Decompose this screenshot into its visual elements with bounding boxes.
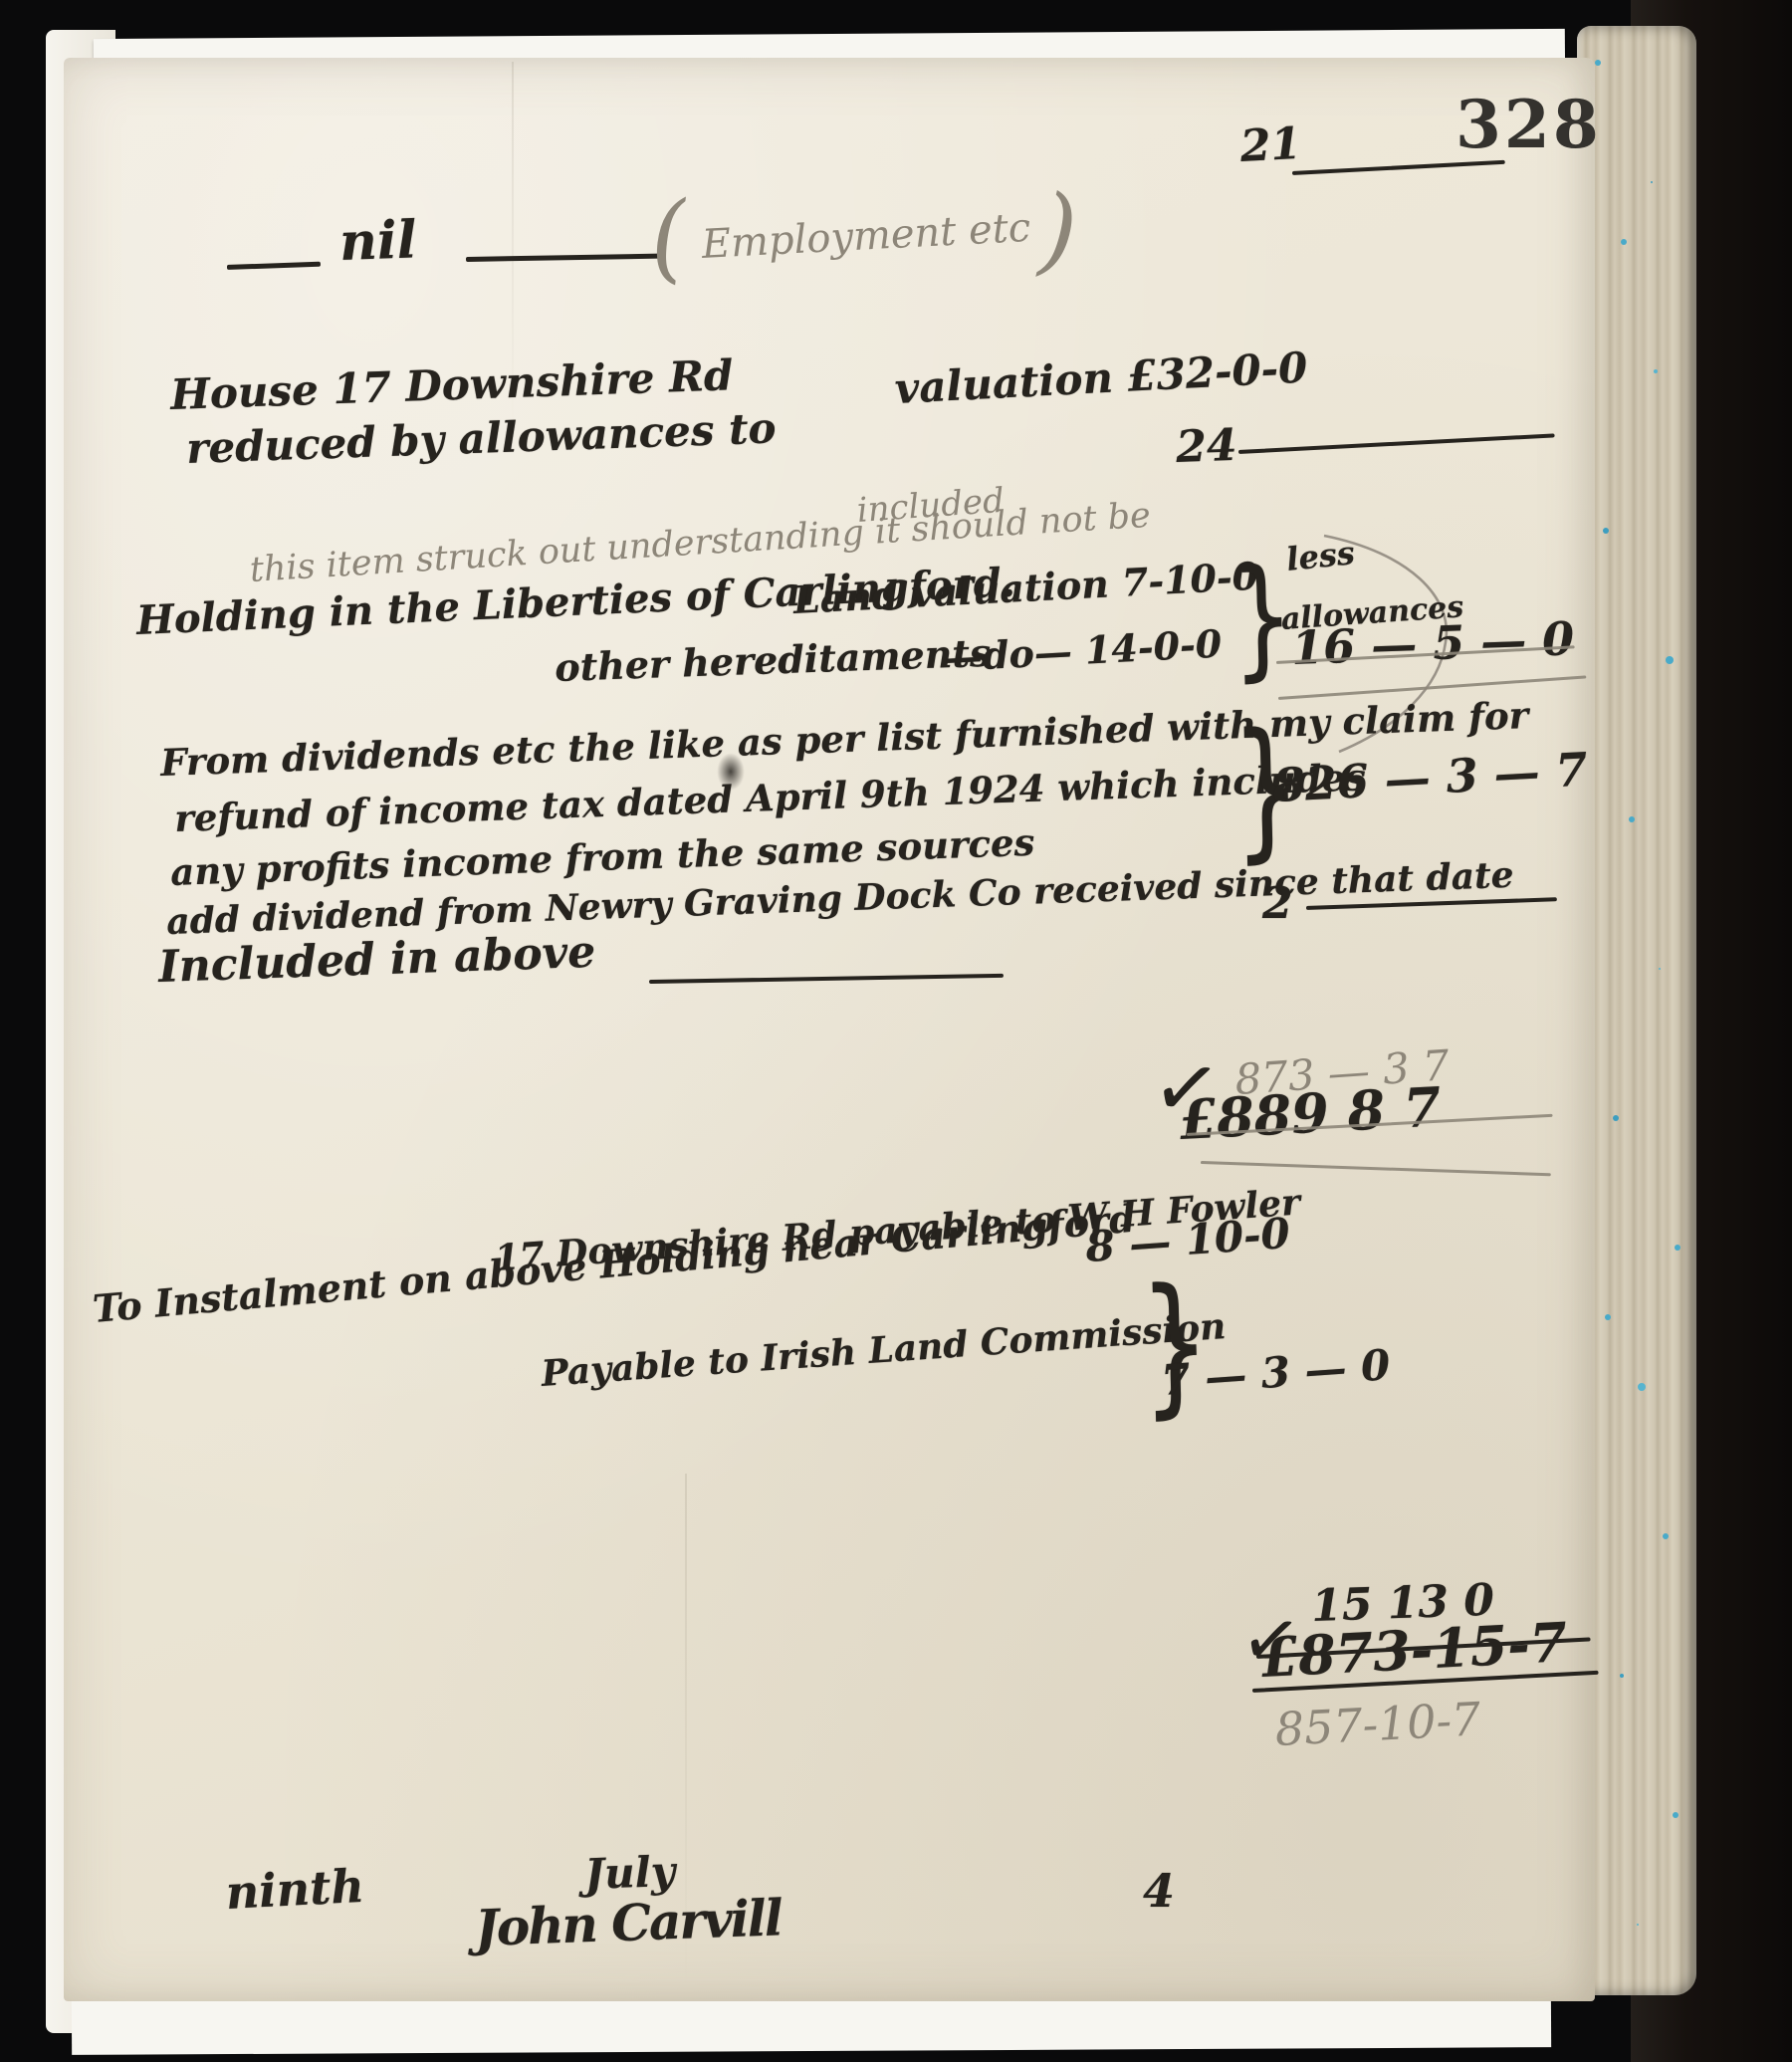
figure-24: 24 (1175, 424, 1237, 470)
figure-2: 2 (1262, 882, 1293, 926)
less-label: less (1285, 537, 1357, 575)
footer-day: ninth (225, 1863, 365, 1916)
ink-subtotal-struck: £889 8 7 (1178, 1079, 1443, 1147)
signature: John Carvill (474, 1893, 782, 1953)
page-number: 328 (1456, 92, 1602, 157)
figure-16-5-0: 16 — 5 — 0 (1290, 615, 1575, 671)
pencil-total: 857-10-7 (1274, 1696, 1482, 1752)
blue-speckles (1595, 60, 1601, 66)
nil-entry: nil (338, 214, 417, 269)
open-paren: ( (646, 189, 690, 287)
ledger-photo: 328 21 nil ( Employment etc ) House 17 D… (0, 0, 1792, 2062)
ink-smudge (717, 753, 745, 791)
footer-month: July (584, 1851, 676, 1896)
footer-figure: 4 (1143, 1868, 1175, 1914)
figure-21: 21 (1239, 122, 1302, 169)
close-paren: ) (1037, 181, 1079, 279)
page-fore-edge (1577, 26, 1696, 1995)
